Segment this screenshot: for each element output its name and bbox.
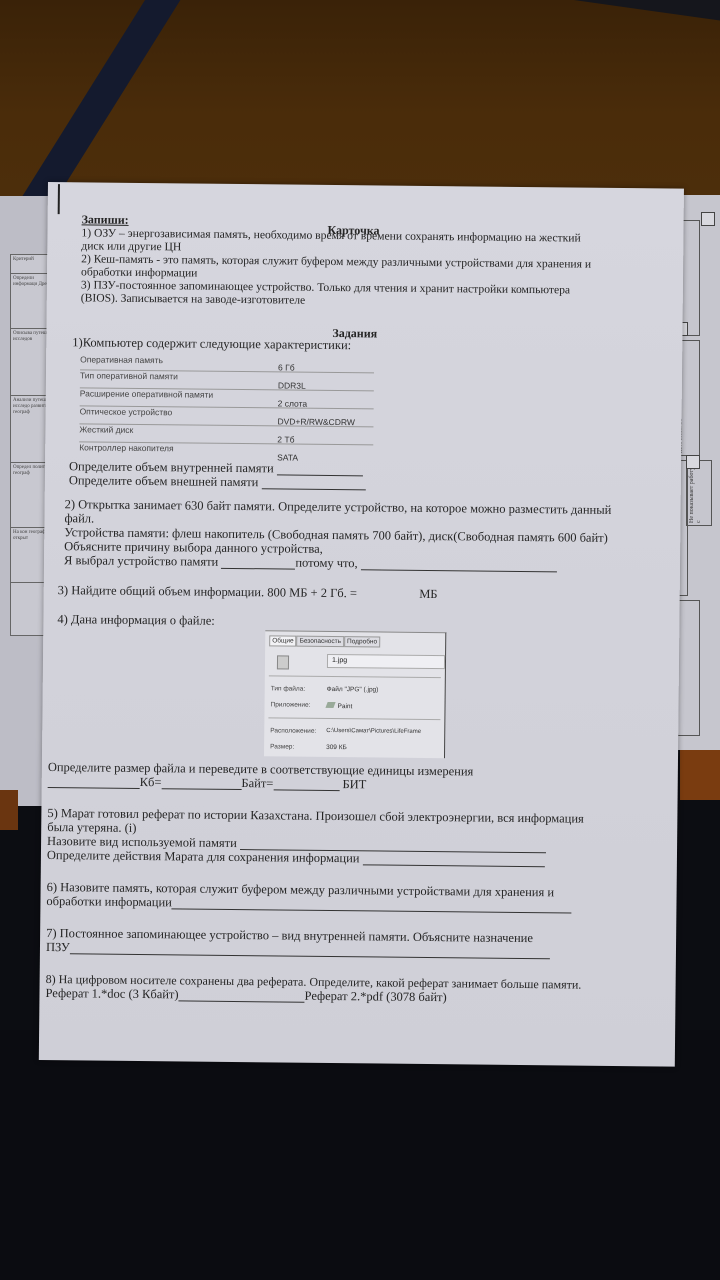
- size-value: 309 КБ: [326, 744, 347, 751]
- answer-blank[interactable]: [48, 776, 140, 789]
- spec-label: Оптическое устройство: [80, 404, 173, 419]
- question-text: потому что,: [295, 556, 357, 571]
- spec-label: Расширение оперативной памяти: [80, 386, 213, 401]
- file-properties-dialog: Общие Безопасность Подробно 1.jpg Тип фа…: [264, 630, 446, 758]
- task3-text: 3) Найдите общий объем информации. 800 М…: [58, 583, 438, 601]
- answer-blank[interactable]: [363, 853, 545, 867]
- answer-blank[interactable]: [221, 557, 295, 570]
- dialog-divider: [269, 675, 441, 678]
- reference-1: Реферат 1.*doc (3 Кбайт): [45, 986, 178, 1001]
- dialog-divider: [268, 717, 440, 720]
- task4-text: 4) Дана информация о файле:: [57, 612, 215, 628]
- spec-label: Тип оперативной памяти: [80, 368, 178, 383]
- unit-label: БИТ: [342, 777, 366, 791]
- worksheet-card: Запиши: Карточка 1) ОЗУ – энергозависима…: [39, 182, 684, 1067]
- unit-label: Кб=: [140, 775, 162, 789]
- file-type-value: Файл "JPG" (.jpg): [327, 686, 379, 694]
- paper-edge-shadow: [58, 184, 60, 214]
- size-label: Размер:: [270, 743, 294, 750]
- tab-security[interactable]: Безопасность: [297, 636, 345, 647]
- location-value: C:\Users\Самат\Pictures\LifeFrame: [326, 728, 421, 735]
- desk-corner: [0, 790, 18, 830]
- answer-blank[interactable]: [179, 989, 305, 1002]
- task1-question-external: Определите объем внешней памяти: [69, 473, 366, 490]
- checkbox-square: [701, 212, 715, 226]
- answer-space[interactable]: [360, 597, 416, 598]
- desk-corner: [680, 750, 720, 800]
- note-line: (BIOS). Записывается на заводе-изготовит…: [81, 291, 306, 307]
- answer-blank[interactable]: [261, 477, 365, 490]
- app-label: Приложение:: [271, 701, 311, 708]
- unit-label: МБ: [419, 587, 437, 601]
- task2-line: файл.: [64, 511, 94, 525]
- app-name: Paint: [337, 703, 352, 710]
- question-text: ПЗУ: [46, 940, 70, 954]
- task1-text: 1)Компьютер содержит следующие характери…: [72, 335, 351, 352]
- question-text: 3) Найдите общий объем информации. 800 М…: [58, 583, 357, 600]
- unit-label: Байт=: [241, 776, 273, 790]
- checkbox-square: [686, 455, 700, 469]
- question-text: Я выбрал устройство памяти: [64, 553, 218, 569]
- file-name-field[interactable]: 1.jpg: [327, 654, 445, 669]
- spec-label: Контроллер накопителя: [79, 440, 174, 455]
- spec-label: Жесткий диск: [79, 422, 133, 437]
- dialog-tabs: Общие Безопасность Подробно: [269, 635, 380, 647]
- task8-refs: Реферат 1.*doc (3 Кбайт)Реферат 2.*pdf (…: [45, 986, 446, 1004]
- answer-blank[interactable]: [172, 897, 572, 913]
- tab-details[interactable]: Подробно: [344, 636, 380, 647]
- task2-line: 2) Открытка занимает 630 байт памяти. Оп…: [65, 497, 612, 517]
- answer-blank[interactable]: [361, 558, 557, 572]
- task4-units: Кб=Байт= БИТ: [48, 774, 367, 791]
- file-type-label: Тип файла:: [271, 685, 306, 692]
- reference-2: Реферат 2.*pdf (3078 байт): [305, 989, 447, 1004]
- answer-blank[interactable]: [273, 778, 339, 791]
- answer-blank[interactable]: [277, 463, 363, 476]
- dark-surface: [0, 1030, 720, 1280]
- spec-label: Оперативная память: [80, 352, 163, 367]
- paint-icon: [325, 702, 335, 708]
- rubric-cell: Не показывает работу с: [686, 460, 712, 526]
- task2-answer-line: Я выбрал устройство памяти потому что,: [64, 553, 557, 572]
- answer-blank[interactable]: [70, 942, 550, 959]
- answer-blank[interactable]: [161, 777, 241, 790]
- question-text: Определите действия Марата для сохранени…: [47, 848, 360, 865]
- task5-line: была утеряна. (i): [47, 820, 136, 835]
- tab-general[interactable]: Общие: [269, 635, 296, 646]
- notes-heading: Запиши:: [82, 212, 129, 226]
- location-label: Расположение:: [270, 727, 316, 734]
- question-text: обработки информации: [46, 894, 172, 909]
- question-text: Определите объем внешней памяти: [69, 473, 259, 489]
- jpg-file-icon: [277, 655, 289, 669]
- app-value: Paint: [326, 702, 352, 710]
